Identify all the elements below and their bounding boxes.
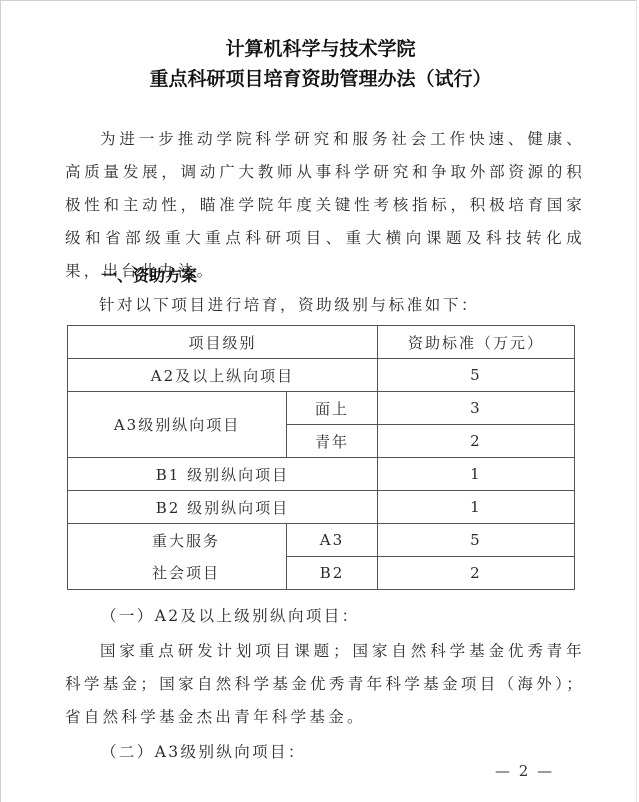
subsection-heading-a2: （一）A2及以上级别纵向项目：: [101, 604, 360, 626]
cell-amount: 2: [377, 557, 574, 590]
table-header-row: 项目级别 资助标准（万元）: [68, 326, 575, 359]
cell-sublevel: 青年: [287, 425, 378, 458]
document-page: 计算机科学与技术学院 重点科研项目培育资助管理办法（试行） 为进一步推动学院科学…: [0, 0, 637, 802]
table-row: B1 级别纵向项目 1: [68, 458, 575, 491]
cell-sublevel: B2: [287, 557, 378, 590]
document-title-line1: 计算机科学与技术学院: [1, 34, 639, 61]
section-heading-funding-plan: 一、资助方案: [101, 263, 197, 286]
cell-amount: 1: [377, 458, 574, 491]
subsection-a2-text: 国家重点研发计划项目课题；国家自然科学基金优秀青年科学基金；国家自然科学基金优秀…: [65, 635, 585, 734]
cell-level: B2 级别纵向项目: [68, 491, 378, 524]
cell-amount: 3: [377, 392, 574, 425]
cell-level: A3级别纵向项目: [68, 392, 287, 458]
cell-level: B1 级别纵向项目: [68, 458, 378, 491]
section-lead-text: 针对以下项目进行培育，资助级别与标准如下：: [99, 293, 479, 315]
cell-amount: 2: [377, 425, 574, 458]
table-row: B2 级别纵向项目 1: [68, 491, 575, 524]
cell-sublevel: A3: [287, 524, 378, 557]
cell-amount: 1: [377, 491, 574, 524]
cell-level-line1: 重大服务: [86, 525, 286, 557]
table-row: A2及以上纵向项目 5: [68, 359, 575, 392]
page-number: — 2 —: [495, 762, 554, 780]
cell-amount: 5: [377, 359, 574, 392]
cell-sublevel: 面上: [287, 392, 378, 425]
header-project-level: 项目级别: [68, 326, 378, 359]
funding-table: 项目级别 资助标准（万元） A2及以上纵向项目 5 A3级别纵向项目 面上 3 …: [67, 325, 575, 590]
document-title-line2: 重点科研项目培育资助管理办法（试行）: [1, 64, 639, 91]
table-row: 重大服务 社会项目 A3 5: [68, 524, 575, 557]
cell-amount: 5: [377, 524, 574, 557]
cell-level-line2: 社会项目: [86, 557, 286, 589]
cell-level: A2及以上纵向项目: [68, 359, 378, 392]
header-funding-standard: 资助标准（万元）: [377, 326, 574, 359]
subsection-heading-a3: （二）A3级别纵向项目：: [101, 740, 306, 762]
table-row: A3级别纵向项目 面上 3: [68, 392, 575, 425]
cell-level-major-service: 重大服务 社会项目: [68, 524, 287, 590]
